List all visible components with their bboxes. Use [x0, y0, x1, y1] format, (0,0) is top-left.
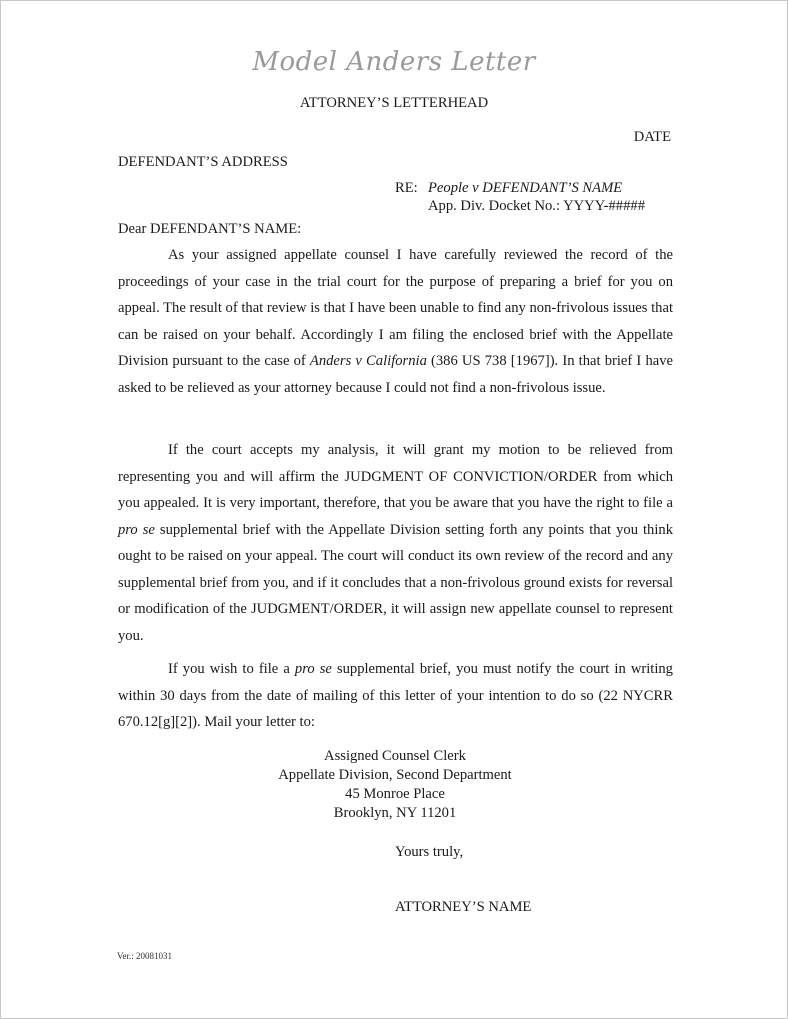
latin-term: pro se [118, 522, 155, 538]
paragraph-text: If the court accepts my analysis, it wil… [118, 442, 673, 511]
document-title: Model Anders Letter [1, 47, 787, 77]
signature: ATTORNEY’S NAME [395, 899, 531, 916]
date-line: DATE [634, 129, 671, 146]
version-label: Ver.: 20081031 [117, 951, 172, 961]
docket-number: App. Div. Docket No.: YYYY-##### [395, 197, 645, 215]
paragraph-2: If the court accepts my analysis, it wil… [118, 437, 673, 649]
paragraph-text: If you wish to file a [168, 661, 295, 677]
defendant-address: DEFENDANT’S ADDRESS [118, 154, 288, 171]
case-citation: Anders v California [310, 353, 427, 369]
address-line: Appellate Division, Second Department [1, 766, 788, 785]
re-block: RE:People v DEFENDANT’S NAME App. Div. D… [395, 179, 645, 215]
paragraph-text: As your assigned appellate counsel I hav… [118, 247, 673, 369]
letter-page: Model Anders Letter ATTORNEY’S LETTERHEA… [0, 0, 788, 1019]
case-name: People v DEFENDANT’S NAME [428, 180, 622, 196]
mailing-address: Assigned Counsel Clerk Appellate Divisio… [1, 747, 787, 823]
re-label: RE: [395, 179, 428, 197]
closing: Yours truly, [395, 844, 463, 861]
address-line: 45 Monroe Place [1, 785, 788, 804]
latin-term: pro se [295, 661, 332, 677]
paragraph-3: If you wish to file a pro se supplementa… [118, 656, 673, 736]
salutation: Dear DEFENDANT’S NAME: [118, 221, 301, 238]
paragraph-text: supplemental brief with the Appellate Di… [118, 522, 673, 644]
letterhead: ATTORNEY’S LETTERHEAD [1, 95, 787, 112]
paragraph-1: As your assigned appellate counsel I hav… [118, 242, 673, 401]
address-line: Assigned Counsel Clerk [1, 747, 788, 766]
address-line: Brooklyn, NY 11201 [1, 804, 788, 823]
